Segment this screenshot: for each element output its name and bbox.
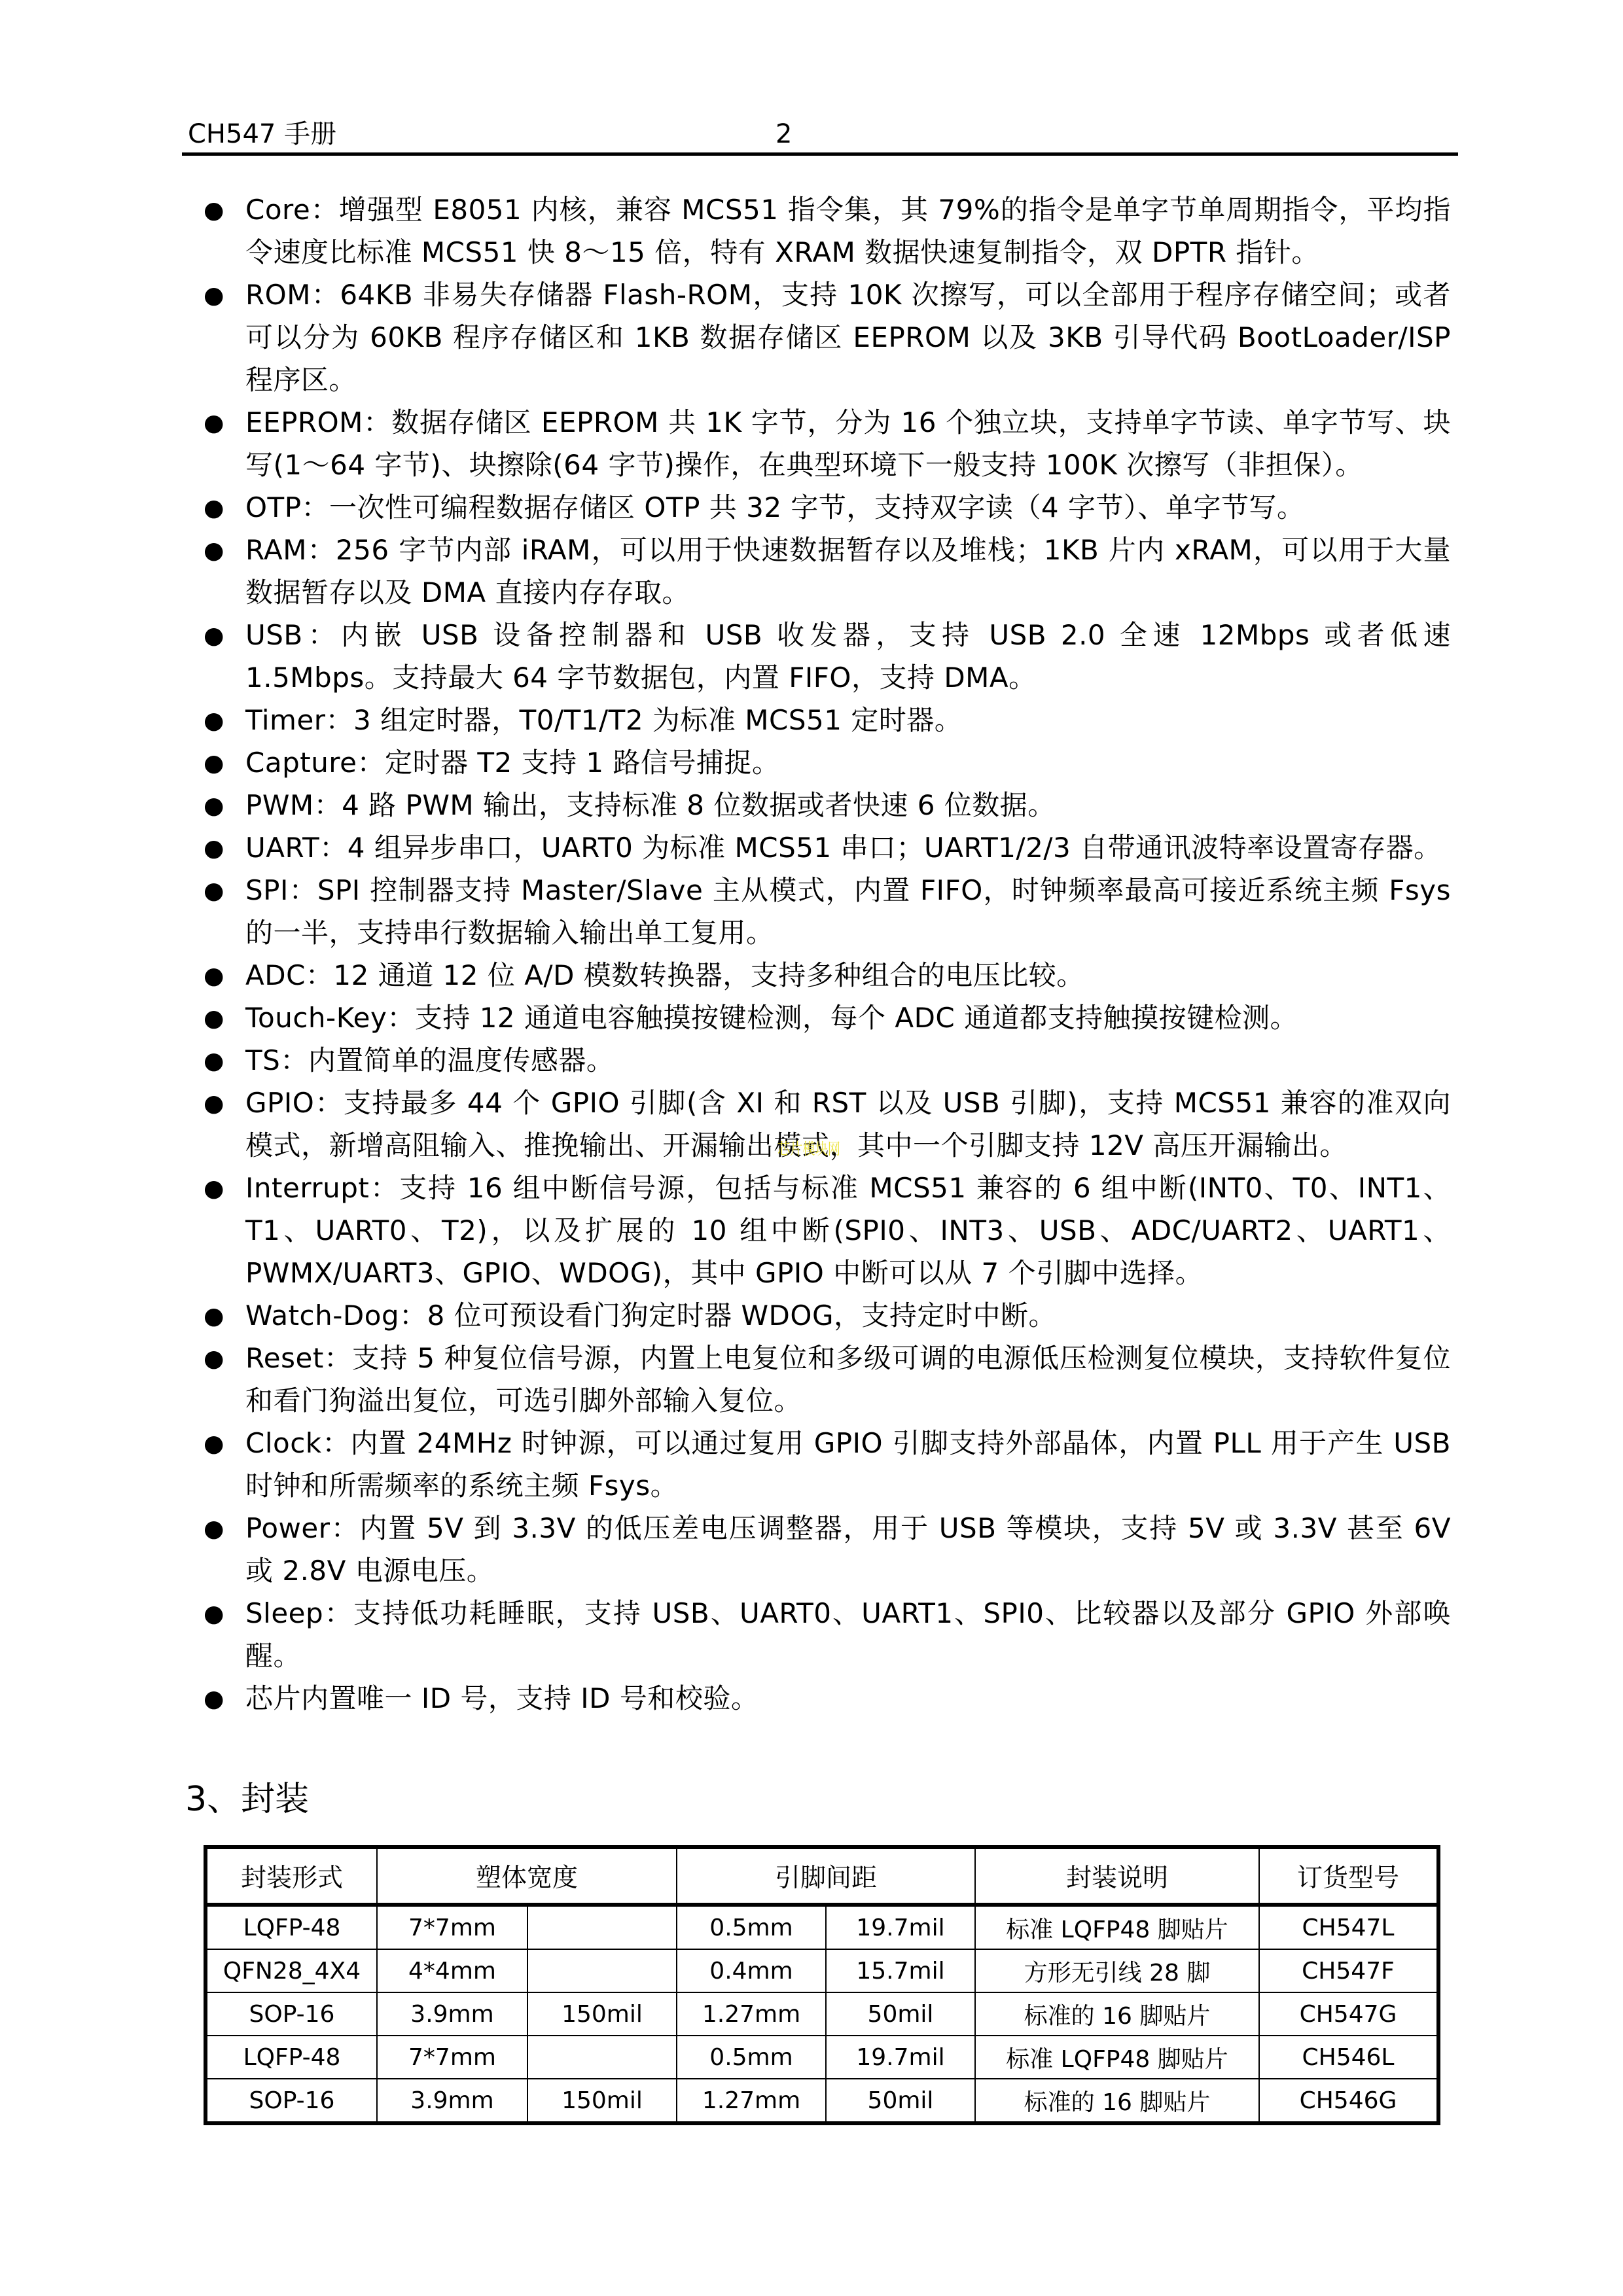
cell-width-mil <box>527 1905 677 1949</box>
bullet-icon: ● <box>204 1295 224 1337</box>
bullet-icon: ● <box>204 699 224 742</box>
cell-width-mil <box>527 1949 677 1992</box>
col-header-description: 封装说明 <box>975 1847 1259 1905</box>
feature-text: Timer：3 组定时器，T0/T1/T2 为标准 MCS51 定时器。 <box>245 704 962 736</box>
cell-description: 方形无引线 28 脚 <box>975 1949 1259 1992</box>
bullet-icon: ● <box>204 1593 224 1635</box>
bullet-icon: ● <box>204 1040 224 1082</box>
feature-text: Touch-Key：支持 12 通道电容触摸按键检测，每个 ADC 通道都支持触… <box>245 1002 1298 1034</box>
table-row: QFN28_4X4 4*4mm 0.4mm 15.7mil 方形无引线 28 脚… <box>205 1949 1438 1992</box>
cell-description: 标准 LQFP48 脚贴片 <box>975 2036 1259 2079</box>
cell-pitch-mm: 0.5mm <box>677 1905 826 1949</box>
cell-form: LQFP-48 <box>205 2036 377 2079</box>
cell-width-mm: 4*4mm <box>377 1949 527 1992</box>
feature-text: PWM：4 路 PWM 输出，支持标准 8 位数据或者快速 6 位数据。 <box>245 789 1056 821</box>
bullet-icon: ● <box>204 1422 224 1465</box>
feature-item-interrupt: ●Interrupt：支持 16 组中断信号源，包括与标准 MCS51 兼容的 … <box>187 1167 1451 1294</box>
bullet-icon: ● <box>204 529 224 572</box>
cell-model: CH547F <box>1259 1949 1438 1992</box>
cell-pitch-mil: 19.7mil <box>826 2036 975 2079</box>
cell-pitch-mil: 19.7mil <box>826 1905 975 1949</box>
feature-text: Power：内置 5V 到 3.3V 的低压差电压调整器，用于 USB 等模块，… <box>245 1512 1451 1587</box>
cell-width-mm: 7*7mm <box>377 1905 527 1949</box>
cell-description: 标准的 16 脚贴片 <box>975 1992 1259 2036</box>
feature-item-ts: ●TS：内置简单的温度传感器。 <box>187 1039 1451 1082</box>
feature-item-rom: ●ROM：64KB 非易失存储器 Flash-ROM，支持 10K 次擦写，可以… <box>187 274 1451 401</box>
col-header-body-width: 塑体宽度 <box>377 1847 677 1905</box>
feature-item-timer: ●Timer：3 组定时器，T0/T1/T2 为标准 MCS51 定时器。 <box>187 699 1451 741</box>
cell-model: CH547G <box>1259 1992 1438 2036</box>
feature-item-ram: ●RAM：256 字节内部 iRAM，可以用于快速数据暂存以及堆栈；1KB 片内… <box>187 529 1451 614</box>
col-header-order-model: 订货型号 <box>1259 1847 1438 1905</box>
cell-width-mm: 7*7mm <box>377 2036 527 2079</box>
feature-item-watch-dog: ●Watch-Dog：8 位可预设看门狗定时器 WDOG，支持定时中断。 <box>187 1294 1451 1337</box>
feature-item-reset: ●Reset：支持 5 种复位信号源，内置上电复位和多级可调的电源低压检测复位模… <box>187 1337 1451 1422</box>
cell-form: QFN28_4X4 <box>205 1949 377 1992</box>
cell-width-mil <box>527 2036 677 2079</box>
feature-item-core: ●Core：增强型 E8051 内核，兼容 MCS51 指令集，其 79%的指令… <box>187 188 1451 274</box>
bullet-icon: ● <box>204 1678 224 1720</box>
bullet-icon: ● <box>204 1508 224 1550</box>
feature-text: TS：内置简单的温度传感器。 <box>245 1044 614 1076</box>
bullet-icon: ● <box>204 274 224 317</box>
feature-item-spi: ●SPI：SPI 控制器支持 Master/Slave 主从模式，内置 FIFO… <box>187 869 1451 954</box>
bullet-icon: ● <box>204 402 224 444</box>
table-row: SOP-16 3.9mm 150mil 1.27mm 50mil 标准的 16 … <box>205 2079 1438 2123</box>
bullet-icon: ● <box>204 1167 224 1210</box>
cell-width-mm: 3.9mm <box>377 1992 527 2036</box>
bullet-icon: ● <box>204 1337 224 1380</box>
table-row: SOP-16 3.9mm 150mil 1.27mm 50mil 标准的 16 … <box>205 1992 1438 2036</box>
feature-text: Reset：支持 5 种复位信号源，内置上电复位和多级可调的电源低压检测复位模块… <box>245 1342 1451 1417</box>
feature-item-adc: ●ADC：12 通道 12 位 A/D 模数转换器，支持多种组合的电压比较。 <box>187 954 1451 997</box>
feature-item-eeprom: ●EEPROM：数据存储区 EEPROM 共 1K 字节，分为 16 个独立块，… <box>187 401 1451 486</box>
feature-text: Capture：定时器 T2 支持 1 路信号捕捉。 <box>245 747 780 779</box>
feature-item-clock: ●Clock：内置 24MHz 时钟源，可以通过复用 GPIO 引脚支持外部晶体… <box>187 1422 1451 1507</box>
bullet-icon: ● <box>204 742 224 785</box>
feature-text: Watch-Dog：8 位可预设看门狗定时器 WDOG，支持定时中断。 <box>245 1299 1056 1332</box>
table-header-row: 封装形式 塑体宽度 引脚间距 封装说明 订货型号 <box>205 1847 1438 1905</box>
cell-pitch-mil: 50mil <box>826 1992 975 2036</box>
feature-item-chip-id: ●芯片内置唯一 ID 号，支持 ID 号和校验。 <box>187 1677 1451 1720</box>
cell-model: CH546G <box>1259 2079 1438 2123</box>
feature-item-gpio: ●GPIO：支持最多 44 个 GPIO 引脚(含 XI 和 RST 以及 US… <box>187 1082 1451 1167</box>
bullet-icon: ● <box>204 827 224 870</box>
feature-item-otp: ●OTP：一次性可编程数据存储区 OTP 共 32 字节，支持双字读（4 字节）… <box>187 486 1451 529</box>
cell-model: CH547L <box>1259 1905 1438 1949</box>
bullet-icon: ● <box>204 1082 224 1125</box>
feature-text: SPI：SPI 控制器支持 Master/Slave 主从模式，内置 FIFO，… <box>245 874 1451 949</box>
feature-item-pwm: ●PWM：4 路 PWM 输出，支持标准 8 位数据或者快速 6 位数据。 <box>187 784 1451 826</box>
table-row: LQFP-48 7*7mm 0.5mm 19.7mil 标准 LQFP48 脚贴… <box>205 1905 1438 1949</box>
document-title: CH547 手册 <box>188 120 336 149</box>
feature-item-touch-key: ●Touch-Key：支持 12 通道电容触摸按键检测，每个 ADC 通道都支持… <box>187 997 1451 1039</box>
cell-pitch-mm: 1.27mm <box>677 2079 826 2123</box>
cell-description: 标准的 16 脚贴片 <box>975 2079 1259 2123</box>
cell-width-mil: 150mil <box>527 2079 677 2123</box>
cell-pitch-mm: 0.4mm <box>677 1949 826 1992</box>
feature-item-usb: ●USB：内嵌 USB 设备控制器和 USB 收发器，支持 USB 2.0 全速… <box>187 614 1451 699</box>
col-header-pin-pitch: 引脚间距 <box>677 1847 975 1905</box>
package-table: 封装形式 塑体宽度 引脚间距 封装说明 订货型号 LQFP-48 7*7mm 0… <box>204 1845 1440 2125</box>
feature-text: ADC：12 通道 12 位 A/D 模数转换器，支持多种组合的电压比较。 <box>245 959 1084 991</box>
cell-width-mil: 150mil <box>527 1992 677 2036</box>
cell-form: LQFP-48 <box>205 1905 377 1949</box>
feature-text: Sleep：支持低功耗睡眠，支持 USB、UART0、UART1、SPI0、比较… <box>245 1597 1451 1672</box>
cell-form: SOP-16 <box>205 2079 377 2123</box>
page-number: 2 <box>776 120 792 149</box>
feature-text: USB：内嵌 USB 设备控制器和 USB 收发器，支持 USB 2.0 全速 … <box>245 619 1451 694</box>
cell-model: CH546L <box>1259 2036 1438 2079</box>
cell-pitch-mil: 15.7mil <box>826 1949 975 1992</box>
feature-text: Core：增强型 E8051 内核，兼容 MCS51 指令集，其 79%的指令是… <box>245 194 1451 268</box>
feature-text: RAM：256 字节内部 iRAM，可以用于快速数据暂存以及堆栈；1KB 片内 … <box>245 534 1451 609</box>
bullet-icon: ● <box>204 189 224 232</box>
header-rule <box>182 152 1458 156</box>
feature-text: Interrupt：支持 16 组中断信号源，包括与标准 MCS51 兼容的 6… <box>245 1172 1451 1289</box>
bullet-icon: ● <box>204 487 224 529</box>
feature-text: EEPROM：数据存储区 EEPROM 共 1K 字节，分为 16 个独立块，支… <box>245 406 1451 481</box>
bullet-icon: ● <box>204 870 224 912</box>
table-row: LQFP-48 7*7mm 0.5mm 19.7mil 标准 LQFP48 脚贴… <box>205 2036 1438 2079</box>
feature-item-uart: ●UART：4 组异步串口，UART0 为标准 MCS51 串口；UART1/2… <box>187 826 1451 869</box>
bullet-icon: ● <box>204 955 224 997</box>
manual-page: CH547 手册 2 ●Core：增强型 E8051 内核，兼容 MCS51 指… <box>0 0 1623 2296</box>
feature-text: GPIO：支持最多 44 个 GPIO 引脚(含 XI 和 RST 以及 USB… <box>245 1087 1451 1161</box>
bullet-icon: ● <box>204 614 224 657</box>
cell-description: 标准 LQFP48 脚贴片 <box>975 1905 1259 1949</box>
feature-text: Clock：内置 24MHz 时钟源，可以通过复用 GPIO 引脚支持外部晶体，… <box>245 1427 1451 1502</box>
bullet-icon: ● <box>204 997 224 1040</box>
feature-text: UART：4 组异步串口，UART0 为标准 MCS51 串口；UART1/2/… <box>245 832 1442 864</box>
feature-text: ROM：64KB 非易失存储器 Flash-ROM，支持 10K 次擦写，可以全… <box>245 279 1451 396</box>
feature-text: 芯片内置唯一 ID 号，支持 ID 号和校验。 <box>245 1682 758 1714</box>
feature-item-power: ●Power：内置 5V 到 3.3V 的低压差电压调整器，用于 USB 等模块… <box>187 1507 1451 1592</box>
cell-pitch-mm: 1.27mm <box>677 1992 826 2036</box>
feature-text: OTP：一次性可编程数据存储区 OTP 共 32 字节，支持双字读（4 字节）、… <box>245 491 1305 523</box>
col-header-package-form: 封装形式 <box>205 1847 377 1905</box>
feature-item-capture: ●Capture：定时器 T2 支持 1 路信号捕捉。 <box>187 741 1451 784</box>
feature-item-sleep: ●Sleep：支持低功耗睡眠，支持 USB、UART0、UART1、SPI0、比… <box>187 1592 1451 1677</box>
cell-pitch-mil: 50mil <box>826 2079 975 2123</box>
cell-pitch-mm: 0.5mm <box>677 2036 826 2079</box>
section-title-packaging: 3、封装 <box>185 1780 309 1819</box>
feature-list: ●Core：增强型 E8051 内核，兼容 MCS51 指令集，其 79%的指令… <box>187 188 1451 1720</box>
cell-form: SOP-16 <box>205 1992 377 2036</box>
bullet-icon: ● <box>204 785 224 827</box>
cell-width-mm: 3.9mm <box>377 2079 527 2123</box>
